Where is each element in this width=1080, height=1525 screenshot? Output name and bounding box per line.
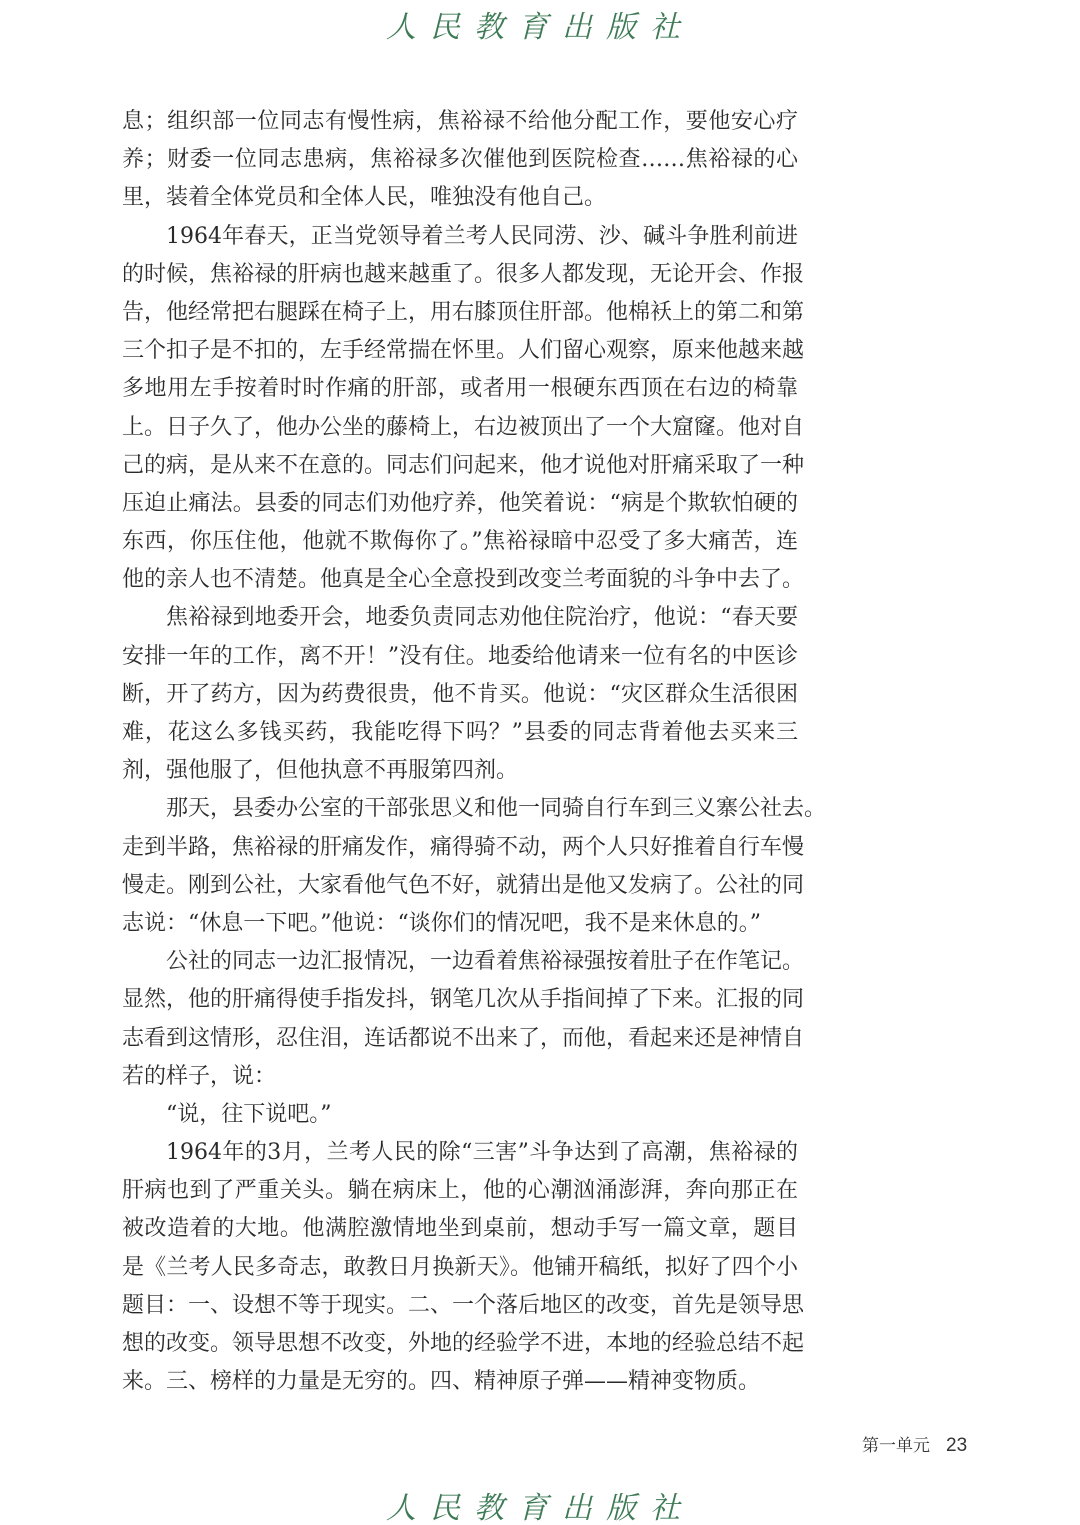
text-line: 来。三、榜样的力量是无穷的。四、精神原子弹——精神变物质。 [122, 1363, 798, 1401]
text-line: 题目：一、设想不等于现实。二、一个落后地区的改变，首先是领导思 [122, 1287, 798, 1325]
text-line: 1964年春天，正当党领导着兰考人民同涝、沙、碱斗争胜利前进 [122, 218, 798, 256]
text-line: 压迫止痛法。县委的同志们劝他疗养，他笑着说：“病是个欺软怕硬的 [122, 485, 798, 523]
text-line: 的时候，焦裕禄的肝病也越来越重了。很多人都发现，无论开会、作报 [122, 256, 798, 294]
text-line: 难，花这么多钱买药，我能吃得下吗？”县委的同志背着他去买来三 [122, 714, 798, 752]
text-line: 是《兰考人民多奇志，敢教日月换新天》。他铺开稿纸，拟好了四个小 [122, 1249, 798, 1287]
text-line: 想的改变。领导思想不改变，外地的经验学不进，本地的经验总结不起 [122, 1325, 798, 1363]
text-line: “说，往下说吧。” [122, 1096, 798, 1134]
text-line: 息；组织部一位同志有慢性病，焦裕禄不给他分配工作，要他安心疗 [122, 103, 798, 141]
text-line: 断，开了药方，因为药费很贵，他不肯买。他说：“灾区群众生活很困 [122, 676, 798, 714]
text-line: 里，装着全体党员和全体人民，唯独没有他自己。 [122, 179, 798, 217]
text-line: 公社的同志一边汇报情况，一边看着焦裕禄强按着肚子在作笔记。 [122, 943, 798, 981]
unit-label: 第一单元 [862, 1436, 930, 1456]
text-line: 慢走。刚到公社，大家看他气色不好，就猜出是他又发病了。公社的同 [122, 867, 798, 905]
text-line: 志说：“休息一下吧。”他说：“谈你们的情况吧，我不是来休息的。” [122, 905, 798, 943]
text-line: 剂，强他服了，但他执意不再服第四剂。 [122, 752, 798, 790]
text-line: 他的亲人也不清楚。他真是全心全意投到改变兰考面貌的斗争中去了。 [122, 561, 798, 599]
text-line: 1964年的3月，兰考人民的除“三害”斗争达到了高潮，焦裕禄的 [122, 1134, 798, 1172]
text-line: 告，他经常把右腿踩在椅子上，用右膝顶住肝部。他棉袄上的第二和第 [122, 294, 798, 332]
text-line: 东西，你压住他，他就不欺侮你了。”焦裕禄暗中忍受了多大痛苦，连 [122, 523, 798, 561]
text-line: 上。日子久了，他办公坐的藤椅上，右边被顶出了一个大窟窿。他对自 [122, 409, 798, 447]
page-number: 23 [946, 1435, 967, 1456]
text-line: 肝病也到了严重关头。躺在病床上，他的心潮汹涌澎湃，奔向那正在 [122, 1172, 798, 1210]
text-line: 若的样子，说： [122, 1058, 798, 1096]
publisher-watermark-top: 人民教育出版社 [0, 2, 1080, 46]
text-line: 被改造着的大地。他满腔激情地坐到桌前，想动手写一篇文章，题目 [122, 1210, 798, 1248]
text-line: 多地用左手按着时时作痛的肝部，或者用一根硬东西顶在右边的椅靠 [122, 370, 798, 408]
publisher-watermark-bottom: 人民教育出版社 [0, 1483, 1080, 1525]
page-footer: 第一单元23 [862, 1431, 967, 1457]
text-line: 己的病，是从来不在意的。同志们问起来，他才说他对肝痛采取了一种 [122, 447, 798, 485]
body-text: 息；组织部一位同志有慢性病，焦裕禄不给他分配工作，要他安心疗养；财委一位同志患病… [122, 103, 798, 1401]
text-line: 志看到这情形，忍住泪，连话都说不出来了，而他，看起来还是神情自 [122, 1020, 798, 1058]
text-line: 三个扣子是不扣的，左手经常揣在怀里。人们留心观察，原来他越来越 [122, 332, 798, 370]
text-line: 走到半路，焦裕禄的肝痛发作，痛得骑不动，两个人只好推着自行车慢 [122, 829, 798, 867]
text-line: 那天，县委办公室的干部张思义和他一同骑自行车到三义寨公社去。 [122, 790, 798, 828]
text-line: 安排一年的工作，离不开！”没有住。地委给他请来一位有名的中医诊 [122, 638, 798, 676]
text-line: 显然，他的肝痛得使手指发抖，钢笔几次从手指间掉了下来。汇报的同 [122, 981, 798, 1019]
text-line: 焦裕禄到地委开会，地委负责同志劝他住院治疗，他说：“春天要 [122, 599, 798, 637]
text-line: 养；财委一位同志患病，焦裕禄多次催他到医院检查……焦裕禄的心 [122, 141, 798, 179]
